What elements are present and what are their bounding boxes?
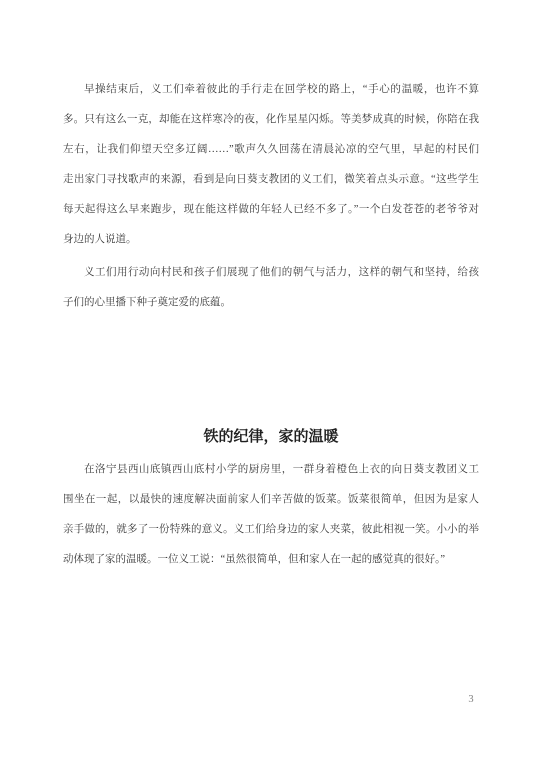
body-paragraph: 早操结束后，义工们牵着彼此的手行走在回学校的路上，“手心的温暖，也许不算多。只有… [63, 75, 479, 255]
text-line: 身边的人说道。 [63, 225, 479, 255]
section-heading: 铁的纪律，家的温暖 [63, 422, 479, 452]
text-line: 动体现了家的温暖。一位义工说：“虽然很简单，但和家人在一起的感觉真的很好。” [63, 545, 479, 575]
text-line: 多。只有这么一克，却能在这样寒冷的夜，化作星星闪烁。等美梦成真的时候，你陪在我 [63, 105, 479, 135]
text-line: 早操结束后，义工们牵着彼此的手行走在回学校的路上，“手心的温暖，也许不算 [63, 75, 479, 105]
body-paragraph: 义工们用行动向村民和孩子们展现了他们的朝气与活力，这样的朝气和坚持，给孩子们的心… [63, 258, 479, 318]
text-line: 走出家门寻找歌声的来源，看到是向日葵支教团的义工们，微笑着点头示意。“这些学生 [63, 165, 479, 195]
document-page: 早操结束后，义工们牵着彼此的手行走在回学校的路上，“手心的温暖，也许不算多。只有… [0, 0, 542, 768]
text-line: 在洛宁县西山底镇西山底村小学的厨房里，一群身着橙色上衣的向日葵支教团义工 [63, 455, 479, 485]
body-paragraph: 在洛宁县西山底镇西山底村小学的厨房里，一群身着橙色上衣的向日葵支教团义工围坐在一… [63, 455, 479, 575]
text-line: 每天起得这么早来跑步，现在能这样做的年轻人已经不多了。”一个白发苍苍的老爷爷对 [63, 195, 479, 225]
text-block: 早操结束后，义工们牵着彼此的手行走在回学校的路上，“手心的温暖，也许不算多。只有… [63, 75, 479, 575]
text-line: 围坐在一起，以最快的速度解决面前家人们辛苦做的饭菜。饭菜很简单，但因为是家人 [63, 485, 479, 515]
page-number: 3 [463, 690, 479, 710]
text-line: 亲手做的，就多了一份特殊的意义。义工们给身边的家人夹菜，彼此相视一笑。小小的举 [63, 515, 479, 545]
text-line: 义工们用行动向村民和孩子们展现了他们的朝气与活力，这样的朝气和坚持，给孩 [63, 258, 479, 288]
text-line: 子们的心里播下种子奠定爱的底蕴。 [63, 288, 479, 318]
text-line: 左右，让我们仰望天空多辽阔……”歌声久久回荡在清晨沁凉的空气里，早起的村民们 [63, 135, 479, 165]
